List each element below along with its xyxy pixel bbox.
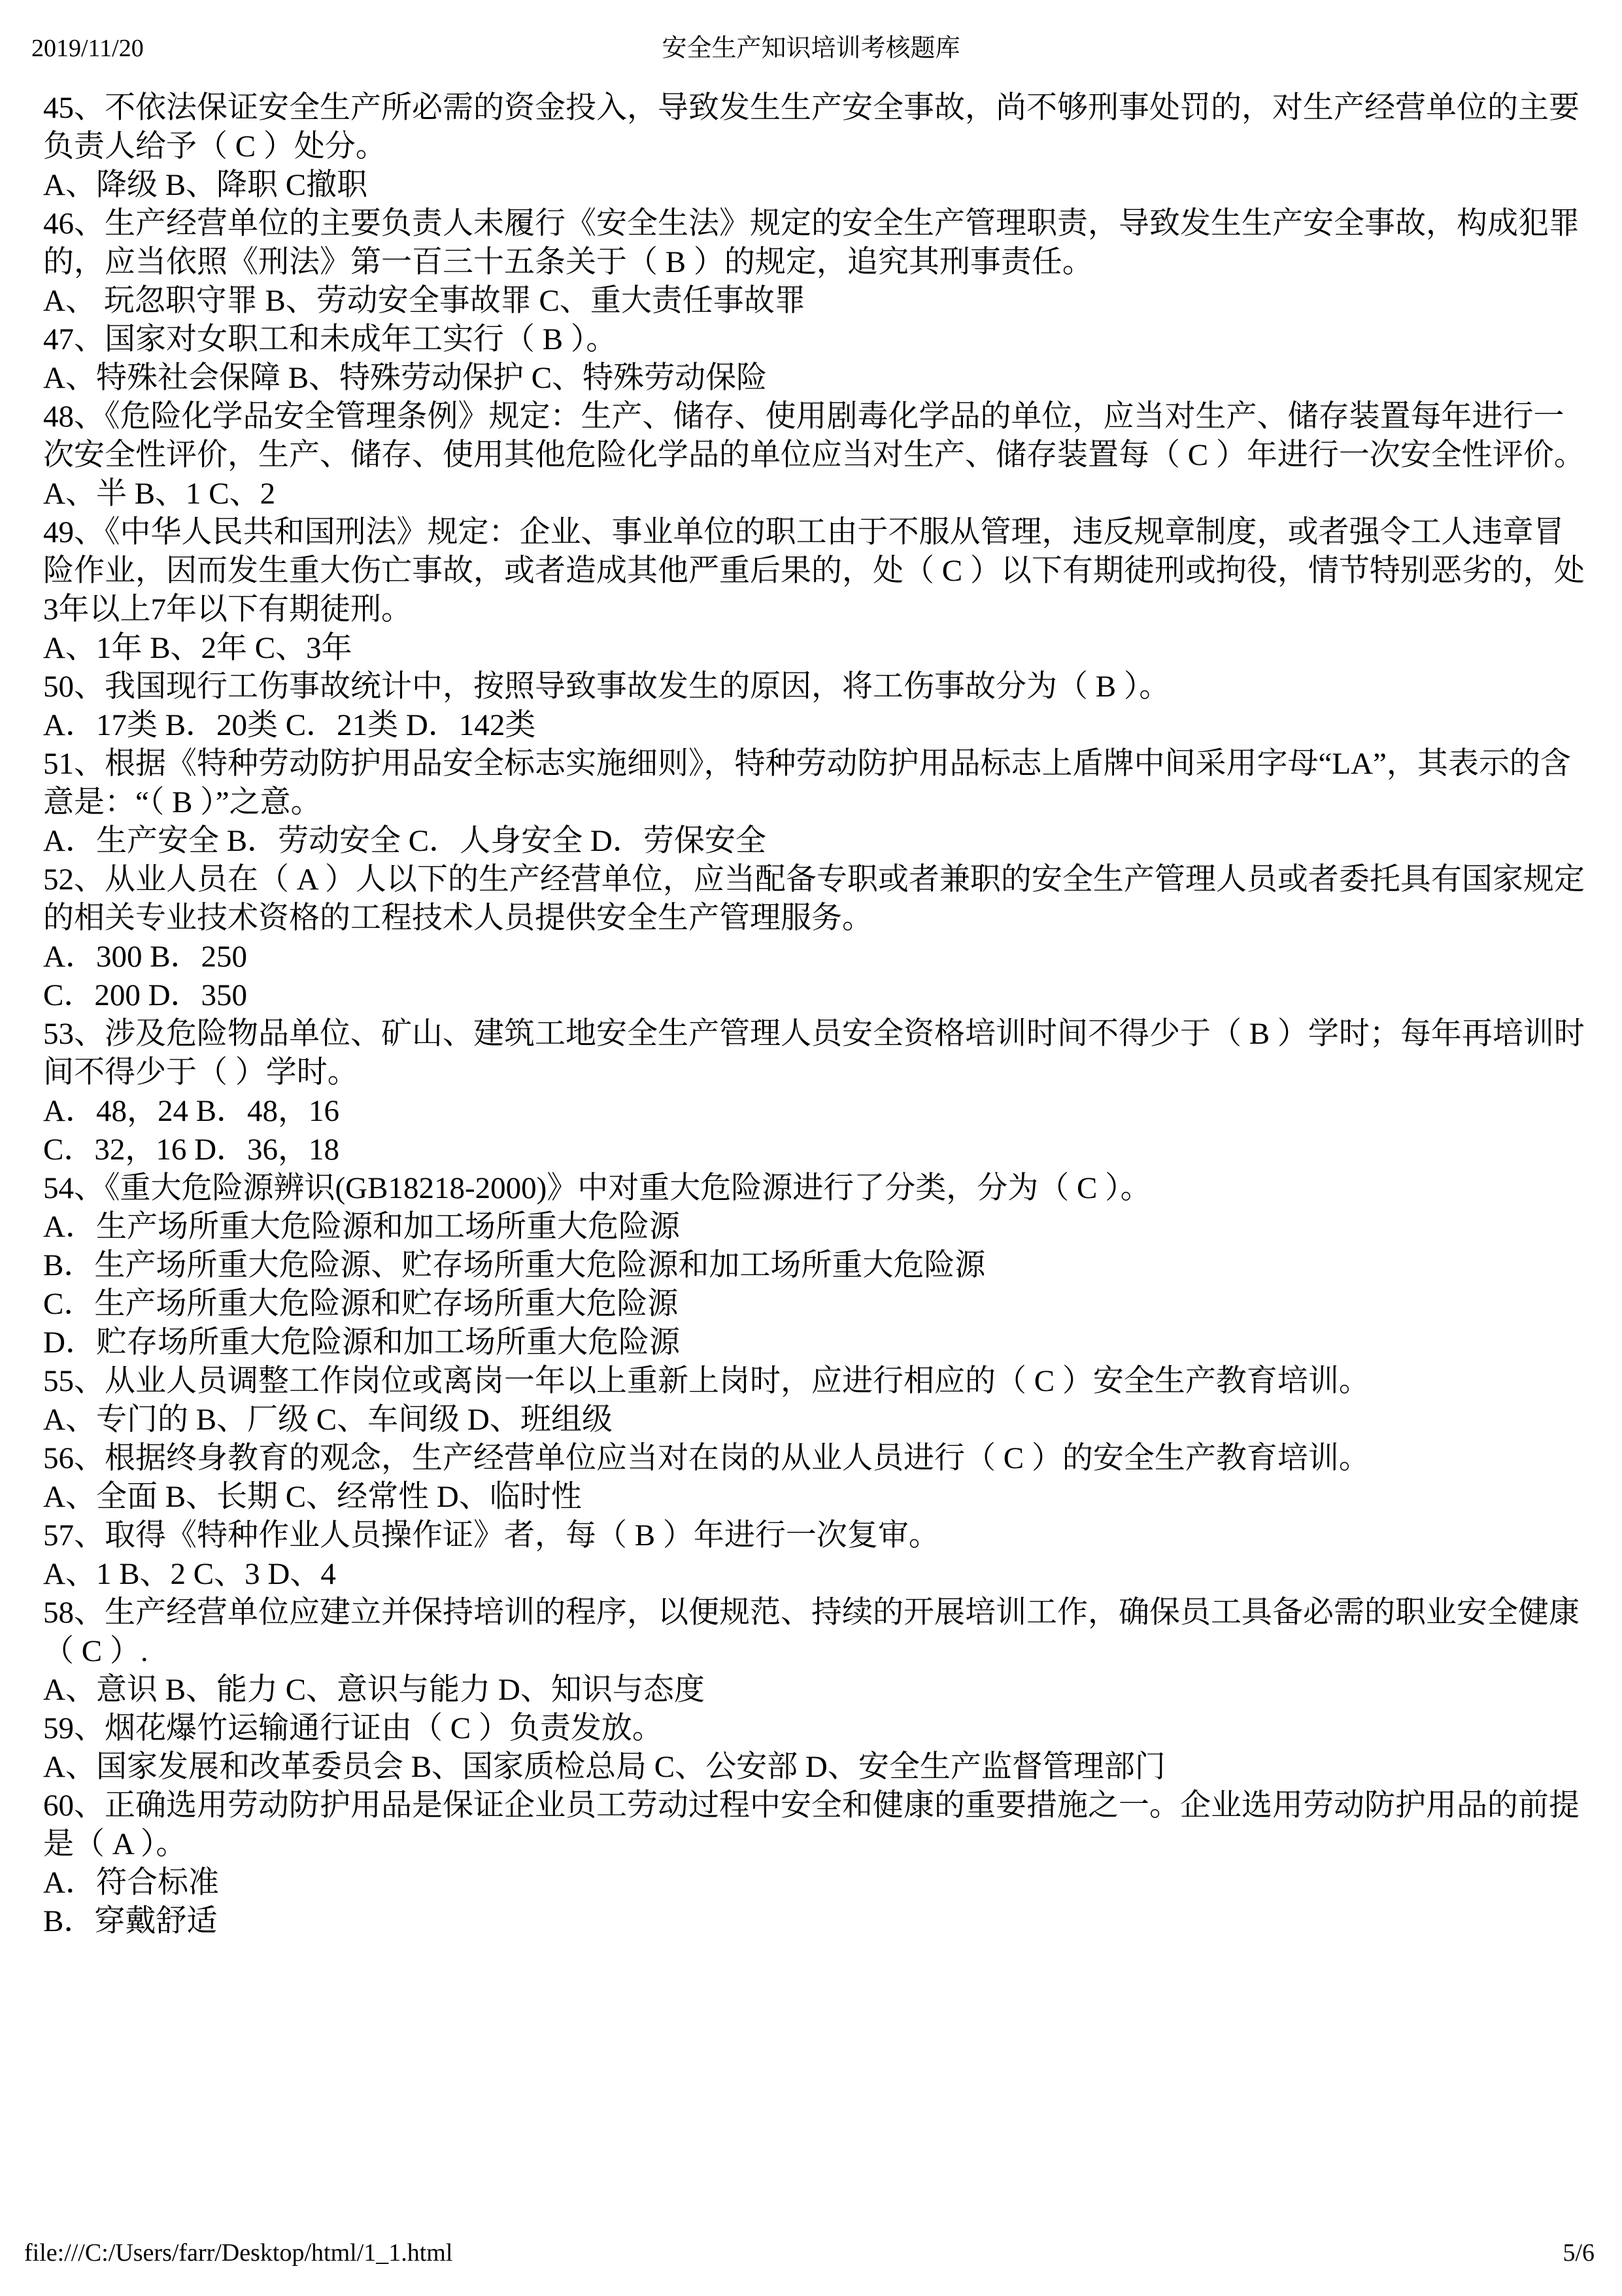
option-line: A、意识 B、能力 C、意识与能力 D、知识与态度 — [43, 1671, 1586, 1709]
option-line: D．贮存场所重大危险源和加工场所重大危险源 — [43, 1324, 1586, 1362]
question-text: 48、《危险化学品安全管理条例》规定：生产、储存、使用剧毒化学品的单位，应当对生… — [43, 398, 1586, 475]
option-line: A、国家发展和改革委员会 B、国家质检总局 C、公安部 D、安全生产监督管理部门 — [43, 1748, 1586, 1787]
page-title: 安全生产知识培训考核题库 — [26, 33, 1596, 64]
option-line: A．生产安全 B．劳动安全 C．人身安全 D．劳保安全 — [43, 822, 1586, 861]
option-line: A、1 B、2 C、3 D、4 — [43, 1555, 1586, 1594]
question-text: 46、生产经营单位的主要负责人未履行《安全生法》规定的安全生产管理职责，导致发生… — [43, 205, 1586, 282]
question-text: 50、我国现行工伤事故统计中，按照导致事故发生的原因，将工伤事故分为（ B ）。 — [43, 668, 1586, 706]
option-line: C．200 D．350 — [43, 976, 1586, 1015]
page-number: 5/6 — [1563, 2236, 1595, 2269]
option-line: A．48，24 B．48，16 — [43, 1092, 1586, 1131]
question-text: 53、涉及危险物品单位、矿山、建筑工地安全生产管理人员安全资格培训时间不得少于（… — [43, 1015, 1586, 1092]
question-text: 57、取得《特种作业人员操作证》者，每（ B ）年进行一次复审。 — [43, 1516, 1586, 1555]
option-line: A、全面 B、长期 C、经常性 D、临时性 — [43, 1478, 1586, 1516]
option-line: A．300 B．250 — [43, 938, 1586, 976]
option-line: A．17类 B．20类 C．21类 D．142类 — [43, 706, 1586, 745]
question-text: 60、正确选用劳动防护用品是保证企业员工劳动过程中安全和健康的重要措施之一。企业… — [43, 1787, 1586, 1864]
print-footer: file:///C:/Users/farr/Desktop/html/1_1.h… — [24, 2236, 1595, 2269]
question-text: 59、烟花爆竹运输通行证由（ C ）负责发放。 — [43, 1709, 1586, 1748]
question-text: 47、国家对女职工和未成年工实行（ B ）。 — [43, 320, 1586, 359]
question-text: 58、生产经营单位应建立并保持培训的程序，以便规范、持续的开展培训工作，确保员工… — [43, 1594, 1586, 1671]
footer-file-url: file:///C:/Users/farr/Desktop/html/1_1.h… — [24, 2236, 452, 2269]
option-line: A．符合标准 — [43, 1864, 1586, 1902]
question-text: 45、不依法保证安全生产所必需的资金投入，导致发生生产安全事故，尚不够刑事处罚的… — [43, 89, 1586, 166]
option-line: A．生产场所重大危险源和加工场所重大危险源 — [43, 1208, 1586, 1246]
option-line: C．32，16 D．36，18 — [43, 1131, 1586, 1169]
option-line: A、 玩忽职守罪 B、劳动安全事故罪 C、重大责任事故罪 — [43, 282, 1586, 320]
document-page: 2019/11/20 安全生产知识培训考核题库 45、不依法保证安全生产所必需的… — [0, 0, 1622, 2296]
question-list: 45、不依法保证安全生产所必需的资金投入，导致发生生产安全事故，尚不够刑事处罚的… — [43, 89, 1586, 1941]
option-line: A、专门的 B、厂级 C、车间级 D、班组级 — [43, 1401, 1586, 1439]
question-text: 52、从业人员在（ A ）人以下的生产经营单位，应当配备专职或者兼职的安全生产管… — [43, 861, 1586, 938]
question-text: 49、《中华人民共和国刑法》规定：企业、事业单位的职工由于不服从管理，违反规章制… — [43, 513, 1586, 629]
option-line: B．生产场所重大危险源、贮存场所重大危险源和加工场所重大危险源 — [43, 1246, 1586, 1285]
question-text: 55、从业人员调整工作岗位或离岗一年以上重新上岗时，应进行相应的（ C ）安全生… — [43, 1362, 1586, 1401]
option-line: A、半 B、1 C、2 — [43, 475, 1586, 513]
option-line: A、降级 B、降职 C撤职 — [43, 166, 1586, 205]
print-header: 2019/11/20 安全生产知识培训考核题库 — [26, 33, 1596, 64]
option-line: A、特殊社会保障 B、特殊劳动保护 C、特殊劳动保险 — [43, 359, 1586, 398]
question-text: 51、根据《特种劳动防护用品安全标志实施细则》，特种劳动防护用品标志上盾牌中间采… — [43, 745, 1586, 822]
option-line: B．穿戴舒适 — [43, 1902, 1586, 1941]
option-line: C．生产场所重大危险源和贮存场所重大危险源 — [43, 1285, 1586, 1324]
question-text: 56、根据终身教育的观念，生产经营单位应当对在岗的从业人员进行（ C ）的安全生… — [43, 1439, 1586, 1478]
question-text: 54、《重大危险源辨识(GB18218-2000)》中对重大危险源进行了分类，分… — [43, 1169, 1586, 1208]
option-line: A、1年 B、2年 C、3年 — [43, 629, 1586, 668]
